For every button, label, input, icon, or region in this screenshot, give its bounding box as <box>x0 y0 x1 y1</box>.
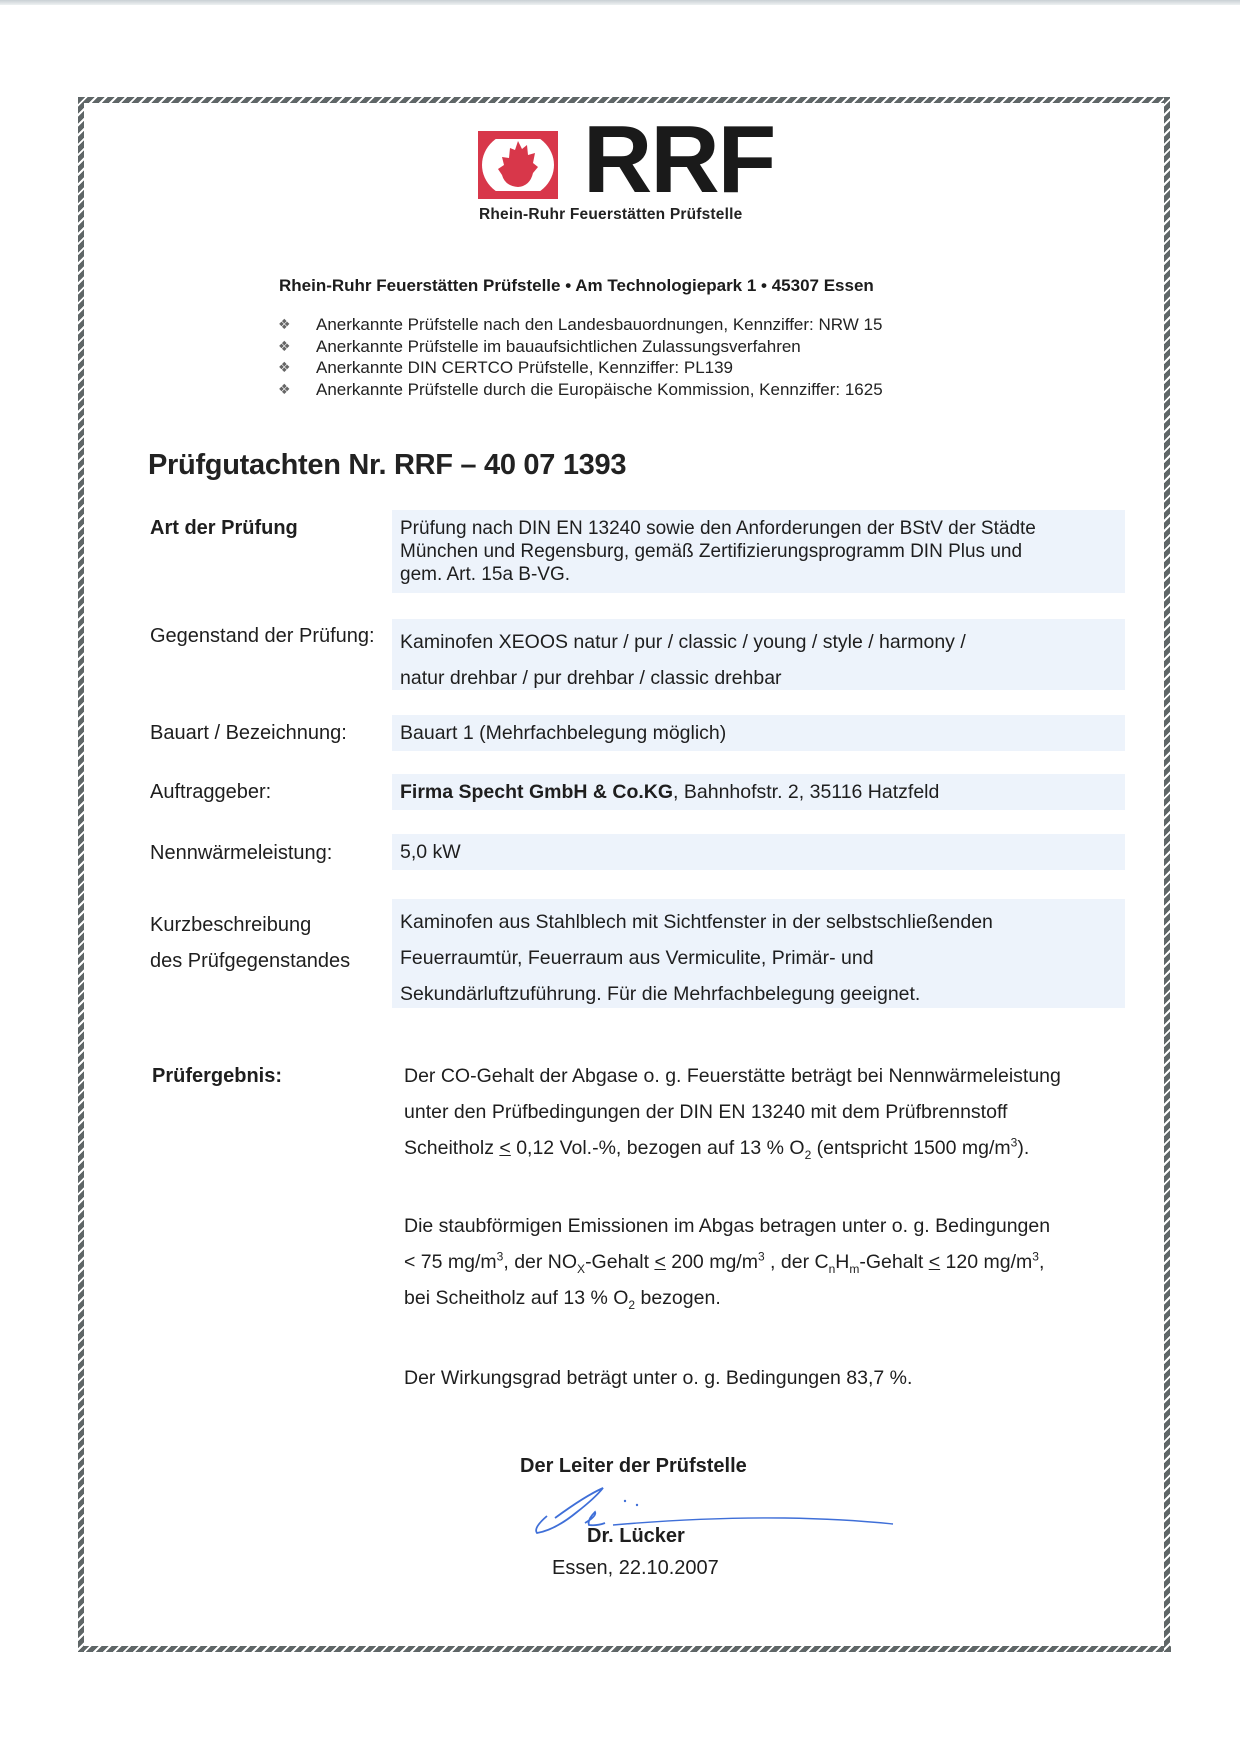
accreditation-list: ❖Anerkannte Prüfstelle nach den Landesba… <box>278 314 883 400</box>
field-label-test-object: Gegenstand der Prüfung: <box>150 625 375 648</box>
result-label: Prüfergebnis: <box>152 1065 282 1088</box>
result-co-paragraph: Der CO-Gehalt der Abgase o. g. Feuerstät… <box>404 1058 1061 1166</box>
accreditation-item: ❖Anerkannte DIN CERTCO Prüfstelle, Kennz… <box>278 357 883 379</box>
accreditation-item: ❖Anerkannte Prüfstelle nach den Landesba… <box>278 314 883 336</box>
field-value-client: Firma Specht GmbH & Co.KG, Bahnhofstr. 2… <box>392 774 1125 810</box>
place-and-date: Essen, 22.10.2007 <box>552 1557 719 1580</box>
field-value-short-description: Kaminofen aus Stahlblech mit Sichtfenste… <box>392 899 1125 1008</box>
result-efficiency: Der Wirkungsgrad beträgt unter o. g. Bed… <box>404 1360 912 1396</box>
field-value-rated-heat-output: 5,0 kW <box>392 834 1125 870</box>
border-right <box>1164 97 1170 1652</box>
field-value-test-type: Prüfung nach DIN EN 13240 sowie den Anfo… <box>392 510 1125 593</box>
field-label-rated-heat-output: Nennwärmeleistung: <box>150 842 332 865</box>
field-label-test-type: Art der Prüfung <box>150 517 298 540</box>
diamond-dots-icon: ❖ <box>278 314 316 336</box>
accreditation-item: ❖Anerkannte Prüfstelle im bauaufsichtlic… <box>278 336 883 358</box>
signature-title: Der Leiter der Prüfstelle <box>520 1455 747 1478</box>
field-value-design-type: Bauart 1 (Mehrfachbelegung möglich) <box>392 715 1125 751</box>
field-label-short-description: Kurzbeschreibung des Prüfgegenstandes <box>150 907 350 979</box>
border-bottom <box>82 1646 1171 1652</box>
diamond-dots-icon: ❖ <box>278 357 316 379</box>
result-emissions-paragraph: Die staubförmigen Emissionen im Abgas be… <box>404 1208 1050 1316</box>
client-name: Firma Specht GmbH & Co.KG <box>400 781 673 803</box>
border-left <box>78 97 84 1652</box>
report-title: Prüfgutachten Nr. RRF – 40 07 1393 <box>148 449 626 482</box>
field-label-design-type: Bauart / Bezeichnung: <box>150 722 347 745</box>
client-address: , Bahnhofstr. 2, 35116 Hatzfeld <box>673 781 939 803</box>
diamond-dots-icon: ❖ <box>278 336 316 358</box>
accreditation-item: ❖Anerkannte Prüfstelle durch die Europäi… <box>278 379 883 401</box>
handwritten-signature <box>525 1478 897 1540</box>
signatory-name: Dr. Lücker <box>587 1525 685 1548</box>
flame-in-square-icon <box>478 131 558 199</box>
field-value-test-object: Kaminofen XEOOS natur / pur / classic / … <box>392 619 1125 690</box>
border-top <box>78 97 1167 103</box>
field-label-client: Auftraggeber: <box>150 781 271 804</box>
logo-name: RRF <box>583 112 774 208</box>
scan-edge <box>0 0 1240 5</box>
diamond-dots-icon: ❖ <box>278 379 316 401</box>
institute-address: Rhein-Ruhr Feuerstätten Prüfstelle • Am … <box>279 276 874 296</box>
logo-subtitle: Rhein-Ruhr Feuerstätten Prüfstelle <box>479 206 742 224</box>
